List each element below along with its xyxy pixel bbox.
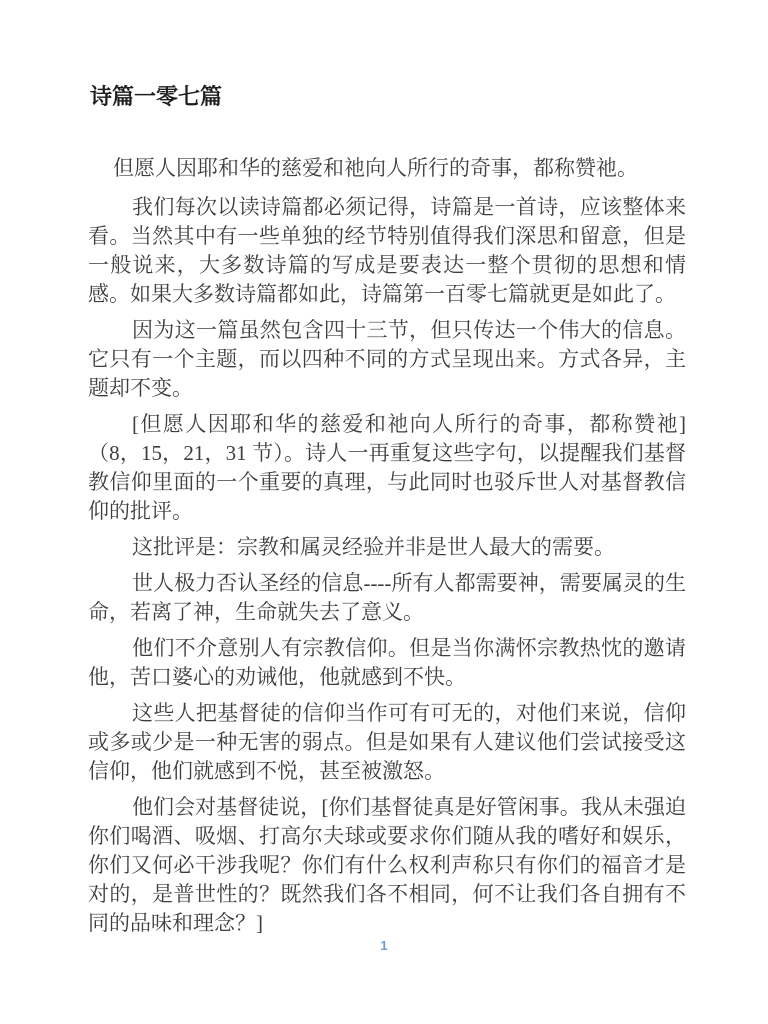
paragraph: 因为这一篇虽然包含四十三节，但只传达一个伟大的信息。它只有一个主题，而以四种不同… [88, 316, 686, 403]
paragraph: 我们每次以读诗篇都必须记得，诗篇是一首诗，应该整体来看。当然其中有一些单独的经节… [88, 193, 686, 309]
paragraph: 这些人把基督徒的信仰当作可有可无的，对他们来说，信仰或多或少是一种无害的弱点。但… [88, 699, 686, 786]
document-title: 诗篇一零七篇 [90, 84, 686, 110]
paragraph: 他们不介意别人有宗教信仰。但是当你满怀宗教热忱的邀请他，苦口婆心的劝诫他，他就感… [88, 634, 686, 692]
paragraph: 但愿人因耶和华的慈爱和祂向人所行的奇事，都称赞祂。 [88, 154, 686, 183]
paragraph: 世人极力否认圣经的信息----所有人都需要神，需要属灵的生命，若离了神，生命就失… [88, 569, 686, 627]
paragraph: [但愿人因耶和华的慈爱和祂向人所行的奇事，都称赞祂]（8，15，21，31 节）… [88, 410, 686, 526]
document-page: 诗篇一零七篇 但愿人因耶和华的慈爱和祂向人所行的奇事，都称赞祂。我们每次以读诗篇… [0, 0, 768, 1024]
document-body: 但愿人因耶和华的慈爱和祂向人所行的奇事，都称赞祂。我们每次以读诗篇都必须记得，诗… [88, 154, 686, 938]
document-content: 诗篇一零七篇 但愿人因耶和华的慈爱和祂向人所行的奇事，都称赞祂。我们每次以读诗篇… [0, 0, 768, 938]
paragraph: 他们会对基督徒说，[你们基督徒真是好管闲事。我从未强迫你们喝酒、吸烟、打高尔夫球… [88, 793, 686, 938]
paragraph: 这批评是：宗教和属灵经验并非是世人最大的需要。 [88, 533, 686, 562]
page-number: 1 [0, 938, 768, 953]
